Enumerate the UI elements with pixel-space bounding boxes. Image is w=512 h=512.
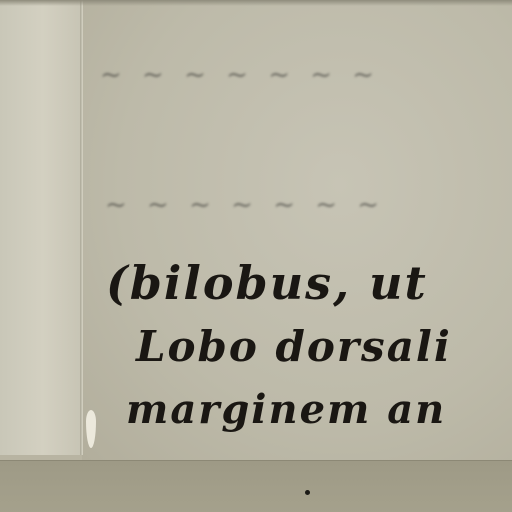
top-shadow <box>0 0 512 6</box>
label-photograph: ~ ~ ~ ~ ~ ~ ~ ~ ~ ~ ~ ~ ~ ~ (bilobus, ut… <box>0 0 512 512</box>
ink-dot <box>305 490 310 495</box>
faint-smudged-line-2: ~ ~ ~ ~ ~ ~ ~ <box>105 190 385 220</box>
handwriting-line-1: (bilobus, ut <box>106 256 428 310</box>
handwriting-line-3: marginem an <box>126 386 446 433</box>
handwriting-line-2: Lobo dorsali <box>136 322 452 371</box>
fold-line <box>80 0 83 455</box>
folded-paper-edge <box>0 0 86 455</box>
faint-smudged-line-1: ~ ~ ~ ~ ~ ~ ~ <box>100 60 380 90</box>
mounting-card <box>0 460 512 512</box>
